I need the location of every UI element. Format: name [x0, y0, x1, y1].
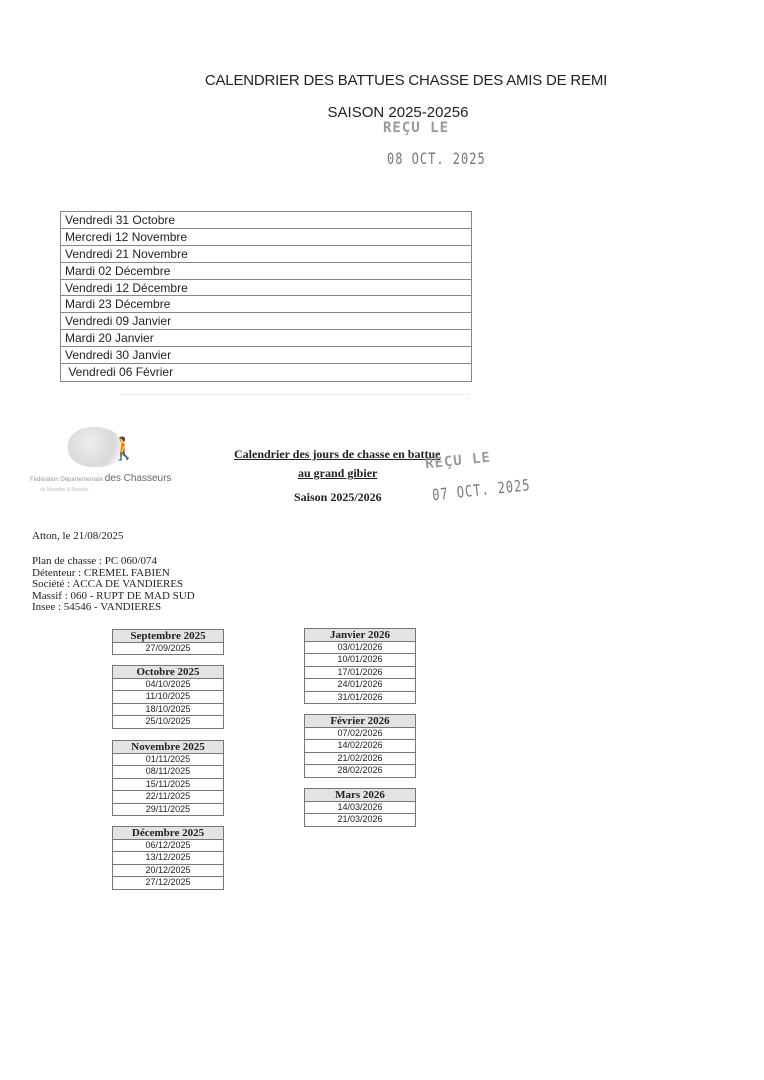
received-stamp-label: REÇU LE	[383, 120, 449, 136]
hunt-date-cell: 28/02/2026	[305, 765, 415, 776]
hunt-date-cell: 08/11/2025	[113, 766, 223, 778]
hunt-date-cell: 21/03/2026	[305, 814, 415, 825]
logo-text: Fédération Départementale des Chasseurs	[30, 473, 171, 484]
received-stamp2-date: 07 OCT. 2025	[431, 476, 531, 504]
month-header: Décembre 2025	[113, 827, 223, 840]
societe: Société : ACCA DE VANDIERES	[32, 579, 195, 591]
hunt-date-cell: 15/11/2025	[113, 779, 223, 791]
hunt-date-cell: 21/02/2026	[305, 753, 415, 765]
month-table: Décembre 202506/12/202513/12/202520/12/2…	[112, 826, 224, 890]
month-header: Mars 2026	[305, 789, 415, 802]
hunt-date-row: Mardi 02 Décembre	[61, 263, 471, 280]
season-label: SAISON 2025-20256	[0, 104, 764, 121]
logo-subtitle: de Meurthe & Moselle	[40, 487, 89, 493]
calendar2-title-line1: Calendrier des jours de chasse en battue	[234, 447, 440, 462]
month-header: Octobre 2025	[113, 666, 223, 679]
calendar-title: CALENDRIER DES BATTUES CHASSE DES AMIS D…	[0, 72, 764, 89]
calendar2-title-line2: au grand gibier	[298, 466, 377, 481]
hunt-date-row: Vendredi 30 Janvier	[61, 347, 471, 364]
month-table: Mars 202614/03/202621/03/2026	[304, 788, 416, 827]
place-date: Atton, le 21/08/2025	[32, 531, 123, 543]
scan-artifact	[120, 394, 470, 397]
hunt-date-cell: 31/01/2026	[305, 692, 415, 703]
hunt-date-cell: 18/10/2025	[113, 704, 223, 716]
hunt-date-cell: 24/01/2026	[305, 679, 415, 691]
hunt-date-cell: 22/11/2025	[113, 791, 223, 803]
hunt-date-cell: 04/10/2025	[113, 679, 223, 691]
month-table: Octobre 202504/10/202511/10/202518/10/20…	[112, 665, 224, 729]
hunt-date-cell: 01/11/2025	[113, 754, 223, 766]
hunt-date-cell: 27/12/2025	[113, 877, 223, 888]
month-table: Novembre 202501/11/202508/11/202515/11/2…	[112, 740, 224, 816]
hunt-date-cell: 17/01/2026	[305, 667, 415, 679]
calendar2-season: Saison 2025/2026	[294, 490, 382, 505]
hunt-date-cell: 14/03/2026	[305, 802, 415, 814]
hunt-plan-info: Plan de chasse : PC 060/074 Détenteur : …	[32, 556, 195, 614]
month-header: Septembre 2025	[113, 630, 223, 643]
hunt-date-cell: 06/12/2025	[113, 840, 223, 852]
plan-de-chasse: Plan de chasse : PC 060/074	[32, 556, 195, 568]
month-table: Janvier 202603/01/202610/01/202617/01/20…	[304, 628, 416, 704]
hunt-date-row: Mardi 20 Janvier	[61, 330, 471, 347]
received-stamp-date: 08 OCT. 2025	[387, 150, 486, 168]
hunt-date-row: Vendredi 06 Février	[61, 364, 471, 381]
month-header: Janvier 2026	[305, 629, 415, 642]
hunt-date-cell: 27/09/2025	[113, 643, 223, 654]
hunt-date-row: Vendredi 09 Janvier	[61, 313, 471, 330]
hunt-date-cell: 11/10/2025	[113, 691, 223, 703]
hunt-date-cell: 20/12/2025	[113, 865, 223, 877]
insee: Insee : 54546 - VANDIERES	[32, 602, 195, 614]
hunt-date-row: Vendredi 12 Décembre	[61, 280, 471, 297]
hunt-date-cell: 07/02/2026	[305, 728, 415, 740]
month-header: Février 2026	[305, 715, 415, 728]
hunt-date-cell: 03/01/2026	[305, 642, 415, 654]
hunt-date-cell: 25/10/2025	[113, 716, 223, 727]
month-header: Novembre 2025	[113, 741, 223, 754]
month-table: Février 202607/02/202614/02/202621/02/20…	[304, 714, 416, 778]
hunt-date-cell: 14/02/2026	[305, 740, 415, 752]
month-table: Septembre 202527/09/2025	[112, 629, 224, 655]
hunt-date-row: Vendredi 21 Novembre	[61, 246, 471, 263]
hunt-date-cell: 29/11/2025	[113, 804, 223, 815]
hunt-date-cell: 10/01/2026	[305, 654, 415, 666]
hunt-date-row: Mercredi 12 Novembre	[61, 229, 471, 246]
federation-logo: 🚶 Fédération Départementale des Chasseur…	[30, 425, 190, 495]
hunt-date-row: Mardi 23 Décembre	[61, 296, 471, 313]
hunter-figure-icon: 🚶	[110, 437, 137, 462]
hunt-date-cell: 13/12/2025	[113, 852, 223, 864]
hunt-date-row: Vendredi 31 Octobre	[61, 212, 471, 229]
hunt-dates-table: Vendredi 31 Octobre Mercredi 12 Novembre…	[60, 211, 472, 382]
